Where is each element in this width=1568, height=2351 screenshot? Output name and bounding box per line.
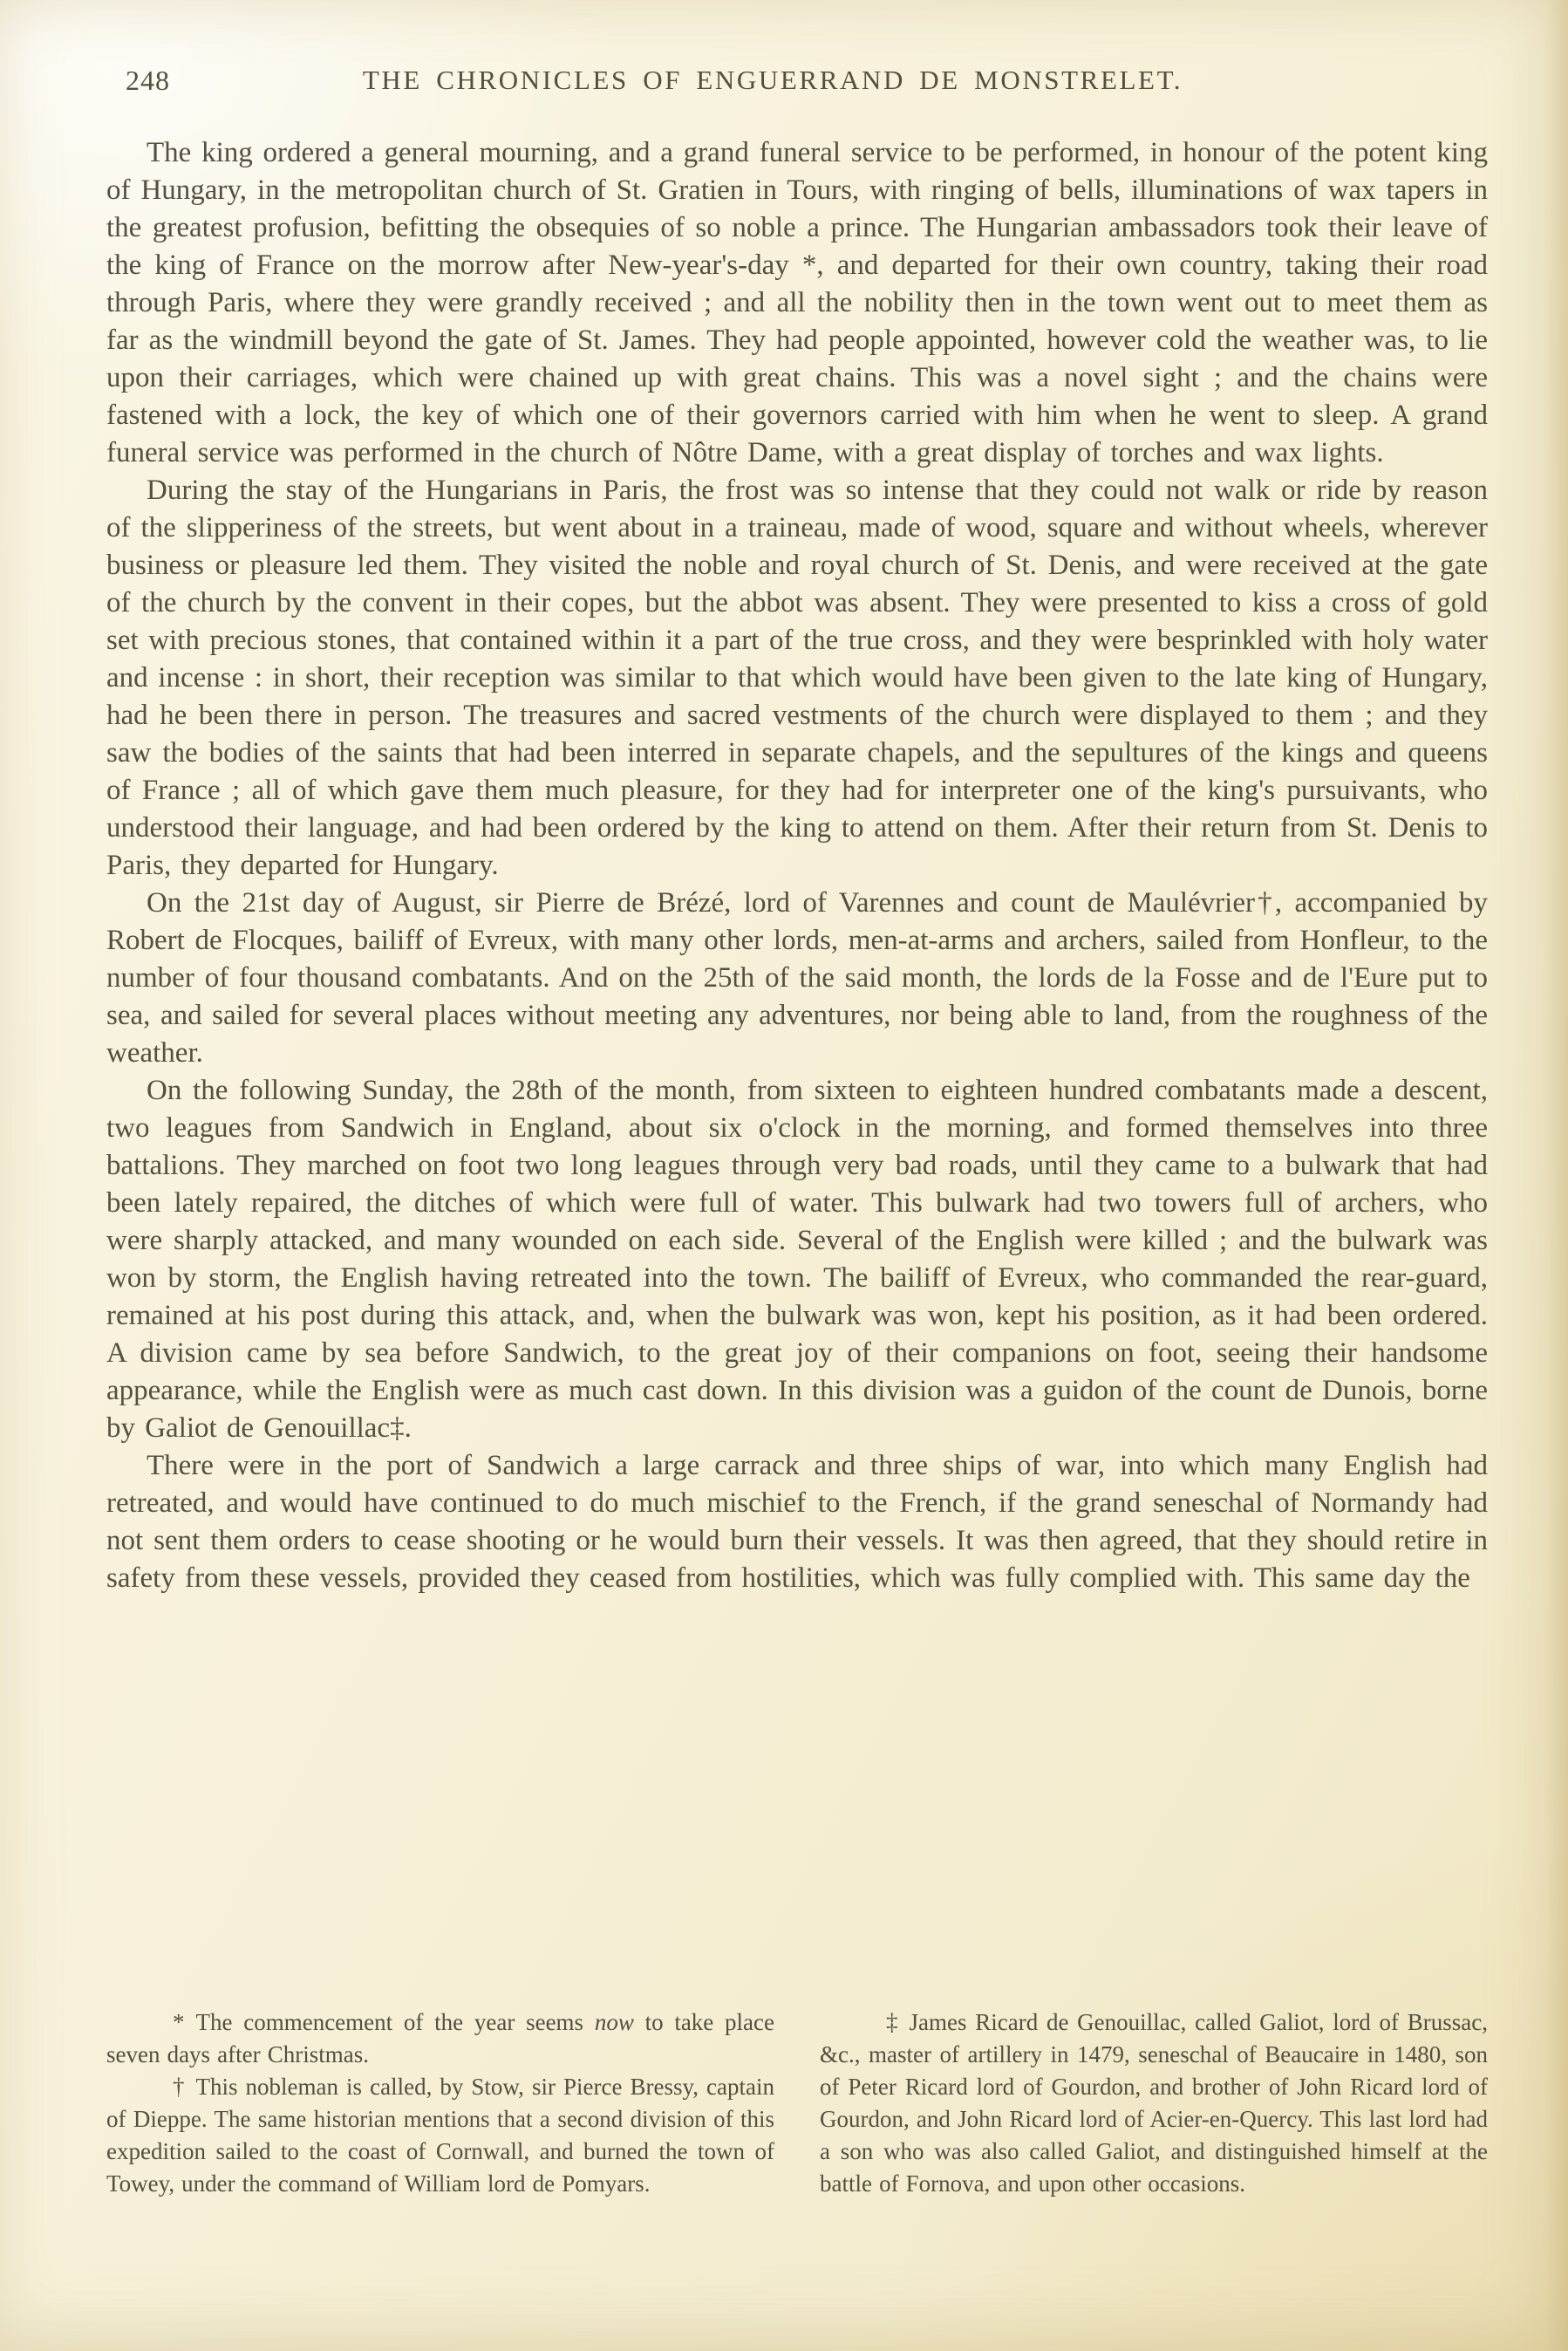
footnote-column-right: ‡James Ricard de Genouillac, called Gali… (820, 2006, 1488, 2200)
footnote-column-left: *The commencement of the year seems now … (106, 2006, 774, 2200)
body-text: The king ordered a general mourning, and… (106, 134, 1488, 1977)
paragraph-breze-expedition: On the 21st day of August, sir Pierre de… (106, 885, 1488, 1072)
double-dagger-marker-icon: ‡ (853, 2006, 898, 2039)
paragraph-mourning-hungary: The king ordered a general mourning, and… (106, 134, 1488, 472)
running-title: THE CHRONICLES OF ENGUERRAND DE MONSTREL… (82, 65, 1463, 96)
paragraph-sandwich-port: There were in the port of Sandwich a lar… (106, 1447, 1488, 1597)
dagger-marker-icon: † (140, 2071, 185, 2103)
book-page: 248 THE CHRONICLES OF ENGUERRAND DE MONS… (0, 0, 1568, 2351)
footnote-double-dagger-text: James Ricard de Genouillac, called Galio… (820, 2009, 1488, 2197)
footnote-asterisk-italic-word: now (595, 2009, 634, 2035)
footnotes-section: *The commencement of the year seems now … (106, 2006, 1488, 2200)
paragraph-hungarians-in-paris: During the stay of the Hungarians in Par… (106, 472, 1488, 885)
footnote-asterisk: *The commencement of the year seems now … (106, 2006, 774, 2071)
footnote-double-dagger: ‡James Ricard de Genouillac, called Gali… (820, 2006, 1488, 2200)
asterisk-marker-icon: * (140, 2006, 185, 2039)
paragraph-sandwich-descent: On the following Sunday, the 28th of the… (106, 1072, 1488, 1447)
footnote-dagger: †This nobleman is called, by Stow, sir P… (106, 2071, 774, 2200)
page-header: 248 THE CHRONICLES OF ENGUERRAND DE MONS… (106, 65, 1488, 103)
footnote-asterisk-text-before: The commencement of the year seems (196, 2009, 595, 2035)
footnote-dagger-text: This nobleman is called, by Stow, sir Pi… (106, 2074, 774, 2197)
